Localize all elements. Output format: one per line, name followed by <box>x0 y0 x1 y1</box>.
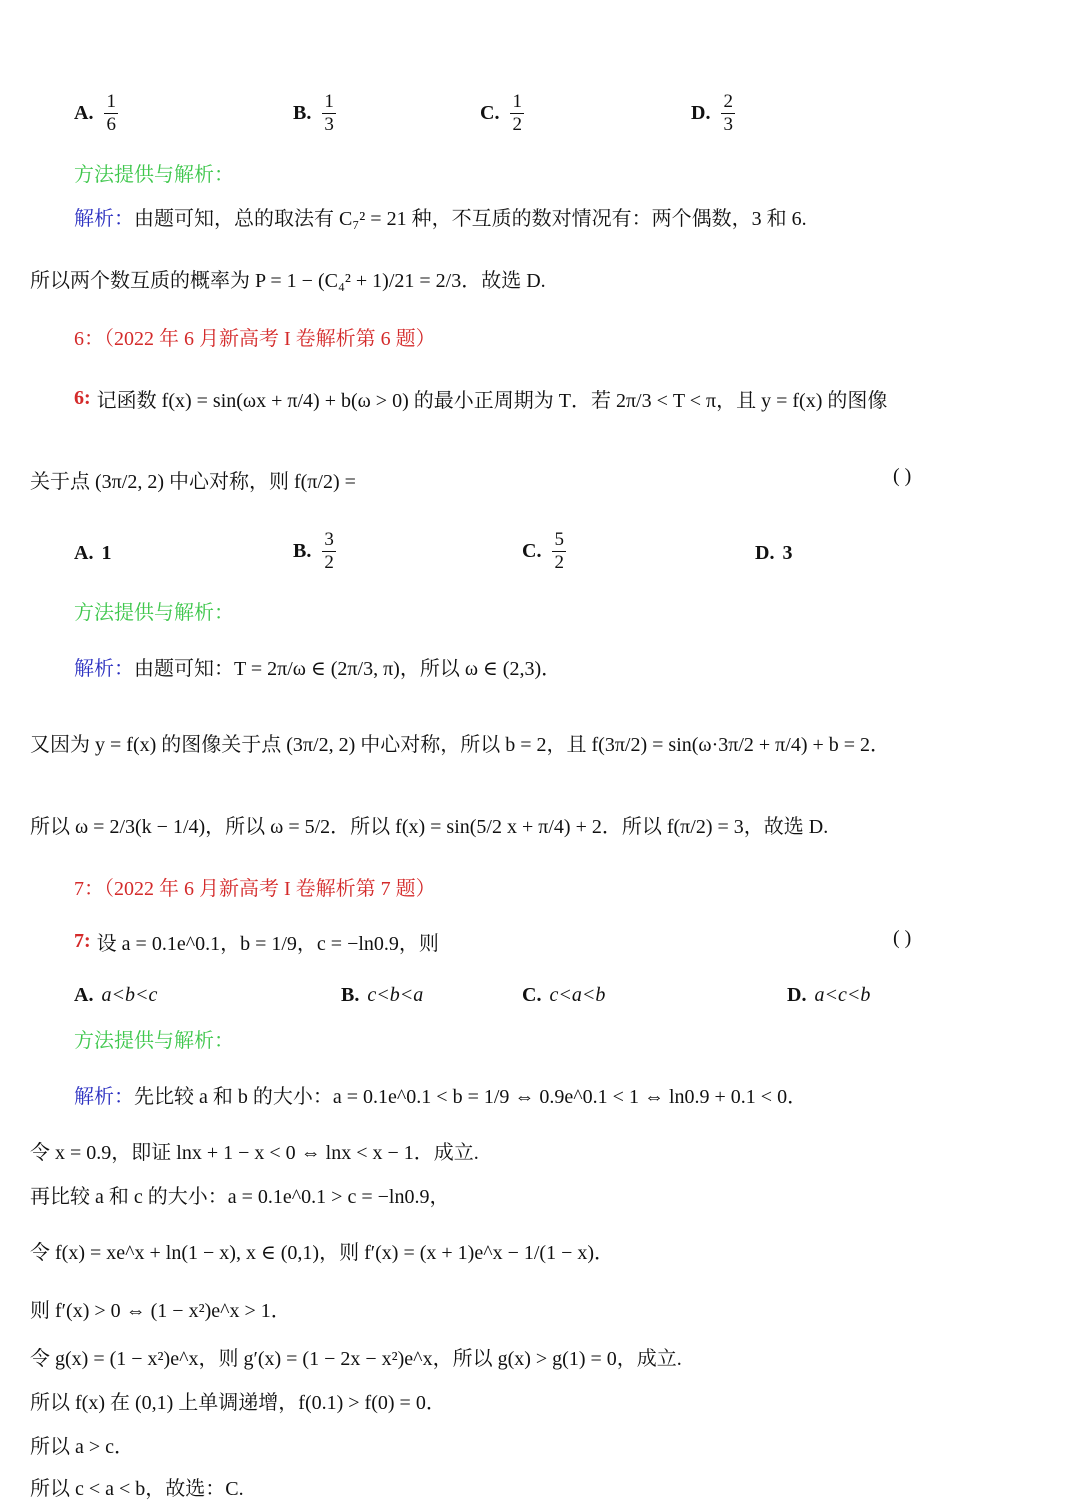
answer-blank: ( ) <box>893 465 911 488</box>
analysis-line: 所以 c < a < b，故选：C. <box>30 1472 244 1501</box>
q6-option-c: C. 52 <box>522 530 569 573</box>
analysis-line: 又因为 y = f(x) 的图像关于点 (3π/2, 2) 中心对称，所以 b … <box>30 728 890 757</box>
question-stem: 关于点 (3π/2, 2) 中心对称，则 f(π/2) = <box>30 465 356 494</box>
q7-option-a: A. a<b<c <box>74 984 157 1007</box>
fraction: 12 <box>510 92 524 135</box>
answer-blank: ( ) <box>893 927 911 950</box>
analysis-line: 令 f(x) = xe^x + ln(1 − x), x ∈ (0,1)，则 f… <box>30 1236 614 1265</box>
q5-option-a: A. 16 <box>74 92 121 135</box>
q5-option-c: C. 12 <box>480 92 527 135</box>
fraction: 23 <box>721 92 735 135</box>
question-stem: 6: 记函数 f(x) = sin(ωx + π/4) + b(ω > 0) 的… <box>74 384 887 413</box>
question-number: 6: <box>74 387 91 410</box>
analysis-line: 再比较 a 和 c 的大小：a = 0.1e^0.1 > c = −ln0.9， <box>30 1180 449 1209</box>
fraction: 32 <box>322 530 336 573</box>
q5-option-b: B. 13 <box>293 92 339 135</box>
method-heading: 方法提供与解析： <box>74 596 234 625</box>
analysis-line: 解析： 先比较 a 和 b 的大小：a = 0.1e^0.1 < b = 1/9… <box>74 1080 807 1109</box>
analysis-line: 则 f′(x) > 0 ⇔ (1 − x²)e^x > 1． <box>30 1294 291 1323</box>
question-header: 6：（2022 年 6 月新高考 I 卷解析第 6 题） <box>74 322 436 351</box>
q6-option-b: B. 32 <box>293 530 339 573</box>
fraction: 16 <box>104 92 118 135</box>
analysis-label: 解析： <box>74 652 134 681</box>
analysis-line: 所以 ω = 2/3(k − 1/4)，所以 ω = 5/2．所以 f(x) =… <box>30 810 828 839</box>
method-heading: 方法提供与解析： <box>74 158 234 187</box>
q6-option-a: A. 1 <box>74 542 111 565</box>
analysis-line: 所以 f(x) 在 (0,1) 上单调递增，f(0.1) > f(0) = 0． <box>30 1386 446 1415</box>
q7-option-c: C. c<a<b <box>522 984 605 1007</box>
q7-option-d: D. a<c<b <box>787 984 870 1007</box>
question-stem: 7: 设 a = 0.1e^0.1，b = 1/9，c = −ln0.9，则 <box>74 927 439 956</box>
method-heading: 方法提供与解析： <box>74 1024 234 1053</box>
fraction: 52 <box>552 530 566 573</box>
q6-option-d: D. 3 <box>755 542 792 565</box>
analysis-line: 解析： 由题可知：T = 2π/ω ∈ (2π/3, π)，所以 ω ∈ (2,… <box>74 652 561 681</box>
analysis-line: 令 x = 0.9，即证 lnx + 1 − x < 0 ⇔ lnx < x −… <box>30 1136 479 1165</box>
fraction: 13 <box>322 92 336 135</box>
analysis-label: 解析： <box>74 202 134 231</box>
q7-option-b: B. c<b<a <box>341 984 423 1007</box>
analysis-line: 解析： 由题可知，总的取法有 C₇² = 21 种，不互质的数对情况有：两个偶数… <box>74 202 807 231</box>
analysis-line: 所以两个数互质的概率为 P = 1 − (C₄² + 1)/21 = 2/3．故… <box>30 264 546 293</box>
analysis-line: 令 g(x) = (1 − x²)e^x，则 g′(x) = (1 − 2x −… <box>30 1342 682 1371</box>
q5-option-d: D. 23 <box>691 92 738 135</box>
question-header: 7：（2022 年 6 月新高考 I 卷解析第 7 题） <box>74 872 436 901</box>
analysis-label: 解析： <box>74 1080 134 1109</box>
analysis-line: 所以 a > c． <box>30 1430 134 1459</box>
question-number: 7: <box>74 930 91 953</box>
